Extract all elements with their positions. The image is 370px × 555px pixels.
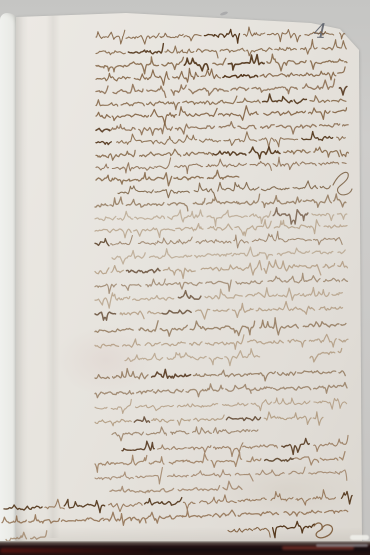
handwritten-line-retraced [265, 458, 294, 461]
handwritten-line-retraced [122, 438, 309, 454]
handwritten-line [120, 302, 342, 320]
handwritten-line [95, 369, 345, 381]
handwritten-line [6, 531, 47, 542]
handwritten-line [228, 527, 270, 537]
handwritten-line [95, 260, 347, 278]
handwritten-line [125, 349, 260, 366]
handwritten-line-retraced [95, 239, 109, 246]
handwritten-line-retraced [339, 87, 347, 96]
handwritten-line-retraced [96, 128, 110, 131]
handwritten-line [45, 490, 336, 512]
handwritten-line-retraced [223, 75, 258, 78]
handwritten-line [95, 452, 345, 473]
book-cover-edge [0, 541, 370, 555]
heading-flourish [333, 172, 352, 195]
handwritten-line [95, 383, 347, 398]
handwritten-line-retraced [204, 29, 239, 43]
handwriting-layer [0, 0, 370, 555]
handwritten-line [95, 318, 346, 336]
handwritten-line-retraced [213, 147, 280, 159]
handwritten-line [96, 27, 345, 44]
handwritten-line [96, 170, 239, 186]
handwritten-line-retraced [128, 44, 163, 54]
cover-gray-reflection [316, 544, 368, 547]
handwritten-line [96, 40, 346, 58]
signature-rubric [314, 523, 332, 538]
handwritten-line-retraced [273, 521, 315, 537]
handwritten-line [95, 467, 347, 484]
handwritten-line-retraced [273, 208, 308, 224]
handwritten-line-retraced [4, 492, 352, 513]
handwritten-line [95, 334, 348, 349]
handwritten-line-retraced [152, 369, 191, 378]
handwritten-line [95, 194, 346, 211]
handwritten-line [111, 231, 343, 248]
handwritten-line [118, 181, 330, 198]
handwritten-line-retraced [127, 268, 161, 272]
handwritten-line [310, 349, 342, 362]
handwritten-line [95, 412, 323, 426]
handwritten-line [96, 106, 347, 125]
handwritten-line [110, 481, 242, 493]
handwritten-line [96, 96, 346, 110]
handwritten-line [95, 220, 347, 238]
handwritten-line [2, 510, 348, 525]
handwritten-line [96, 157, 346, 173]
manuscript-photo: 4 [0, 0, 370, 555]
handwritten-line [95, 210, 347, 226]
handwritten-line [112, 427, 258, 441]
handwritten-line [96, 54, 347, 74]
handwritten-line [158, 436, 348, 457]
handwritten-line-retraced [263, 94, 307, 104]
handwritten-line [96, 79, 335, 97]
handwritten-line [95, 398, 347, 414]
page-edge-glint [350, 535, 369, 540]
handwritten-line [96, 67, 345, 85]
handwritten-line-retraced [178, 291, 201, 300]
handwritten-line [95, 288, 342, 309]
cover-red-reflection [0, 548, 150, 553]
handwritten-line [112, 247, 345, 264]
